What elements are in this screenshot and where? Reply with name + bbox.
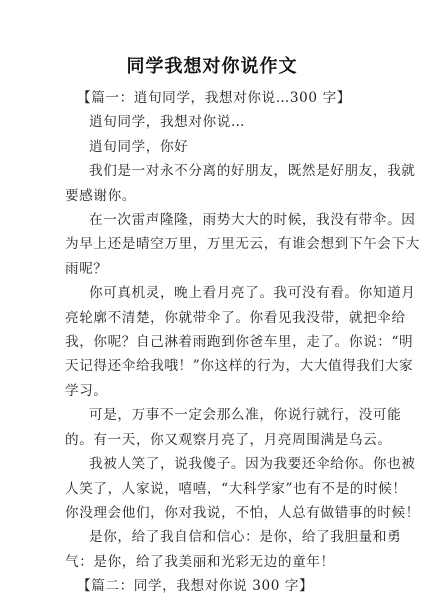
text-line: 在一次雷声隆隆，雨势大大的时候，我没有带伞。因 bbox=[65, 208, 360, 232]
text-line: 是你，给了我自信和信心：是你，给了我胆量和勇 bbox=[65, 525, 360, 549]
text-line: 你可真机灵，晚上看月亮了。我可没有看。你知道月 bbox=[65, 281, 360, 305]
section-heading-1: 【篇一：逍旬同学，我想对你说…300 字】 bbox=[65, 86, 360, 110]
text-line: 学习。 bbox=[65, 379, 360, 403]
text-line: 为早上还是晴空万里，万里无云，有谁会想到下午会下大 bbox=[65, 232, 360, 256]
text-line: 的。有一天，你又观察月亮了，月亮周围满是乌云。 bbox=[65, 428, 360, 452]
text-line: 我们是一对永不分离的好朋友，既然是好朋友，我就 bbox=[65, 159, 360, 183]
text-line: 雨呢？ bbox=[65, 257, 360, 281]
text-line: 要感谢你。 bbox=[65, 184, 360, 208]
document-title: 同学我想对你说作文 bbox=[0, 52, 424, 78]
text-line: 天记得还伞给我哦！”你这样的行为，大大值得我们大家 bbox=[65, 354, 360, 378]
text-line: 我，你呢？自己淋着雨跑到你爸车里，走了。你说：“明 bbox=[65, 330, 360, 354]
text-line: 亮轮廓不清楚，你就带伞了。你看见我没带，就把伞给 bbox=[65, 306, 360, 330]
text-line: 可是，万事不一定会那么准，你说行就行，没可能 bbox=[65, 403, 360, 427]
section-heading-2: 【篇二：同学，我想对你说 300 字】 bbox=[65, 574, 360, 598]
text-line: 逍旬同学，我想对你说… bbox=[65, 110, 360, 134]
text-line: 我被人笑了，说我傻子。因为我要还伞给你。你也被 bbox=[65, 452, 360, 476]
text-line: 你没理会他们，你对我说，不怕，人总有做错事的时候！ bbox=[65, 501, 360, 525]
document-body: 【篇一：逍旬同学，我想对你说…300 字】 逍旬同学，我想对你说… 逍旬同学，你… bbox=[65, 86, 360, 599]
text-line: 人笑了，人家说，嘻嘻，“大科学家”也有不是的时候！ bbox=[65, 477, 360, 501]
text-line: 气：是你，给了我美丽和光彩无边的童年！ bbox=[65, 550, 360, 574]
text-line: 逍旬同学，你好 bbox=[65, 135, 360, 159]
